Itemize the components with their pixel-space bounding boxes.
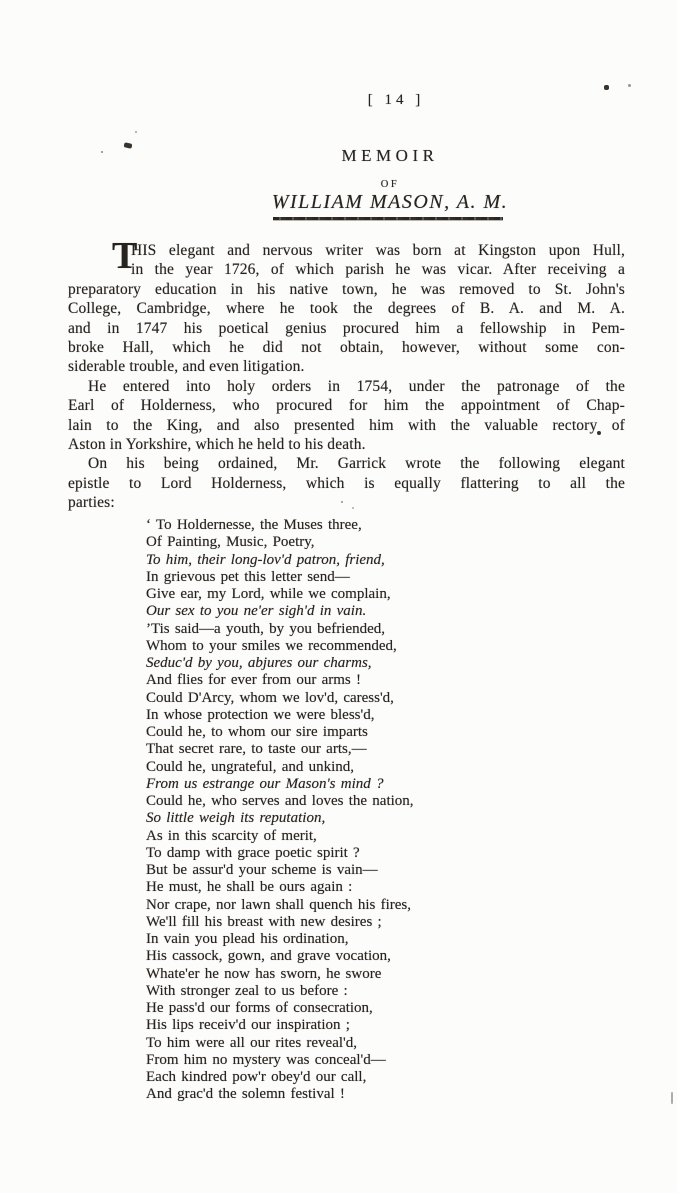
poem-line: Give ear, my Lord, while we complain,	[146, 586, 576, 603]
poem-line: In vain you plead his ordination,	[146, 931, 576, 948]
poem-line: And flies for ever from our arms !	[146, 672, 576, 689]
paragraph-lines: HIS elegant and nervous writer was born …	[68, 241, 625, 377]
poem-line: Seduc'd by you, abjures our charms,	[146, 655, 576, 672]
scan-speck	[628, 84, 631, 87]
poem-line: Whom to your smiles we recommended,	[146, 638, 576, 655]
text-line: epistle to Lord Holderness, which is equ…	[68, 474, 625, 493]
text-line: HIS elegant and nervous writer was born …	[68, 241, 625, 260]
text-line: preparatory education in his native town…	[68, 280, 625, 299]
drop-cap: T	[112, 238, 138, 274]
memoir-body: T HIS elegant and nervous writer was bor…	[68, 241, 625, 513]
poem-line: To him, their long-lov'd patron, friend,	[146, 552, 576, 569]
poem-line: That secret rare, to taste our arts,—	[146, 741, 576, 758]
memoir-title: MEMOIR	[160, 146, 620, 166]
text-line: in the year 1726, of which parish he was…	[68, 260, 625, 279]
title-rule	[273, 217, 503, 220]
poem-line: He must, he shall be ours again :	[146, 879, 576, 896]
paragraph-lines: On his being ordained, Mr. Garrick wrote…	[68, 454, 625, 512]
poem-line: ‘ To Holdernesse, the Muses three,	[146, 517, 576, 534]
poem-line: To damp with grace poetic spirit ?	[146, 845, 576, 862]
poem-line: From him no mystery was conceal'd—	[146, 1052, 576, 1069]
page-number: [ 14 ]	[346, 92, 446, 109]
poem-line: Of Painting, Music, Poetry,	[146, 534, 576, 551]
scanned-book-page: [ 14 ] MEMOIR OF WILLIAM MASON, A. M. T …	[0, 0, 677, 1193]
text-line: College, Cambridge, where he took the de…	[68, 299, 625, 318]
text-line: Aston in Yorkshire, which he held to his…	[68, 435, 625, 454]
poem-line: But be assur'd your scheme is vain—	[146, 862, 576, 879]
poem-line: We'll fill his breast with new desires ;	[146, 914, 576, 931]
text-line: He entered into holy orders in 1754, und…	[68, 377, 625, 396]
poem-line: Could D'Arcy, whom we lov'd, caress'd,	[146, 690, 576, 707]
text-line: On his being ordained, Mr. Garrick wrote…	[68, 454, 625, 473]
text-line: Earl of Holderness, who procured for him…	[68, 396, 625, 415]
poem-line: His lips receiv'd our inspiration ;	[146, 1017, 576, 1034]
paragraph-holy-orders: He entered into holy orders in 1754, und…	[68, 377, 625, 455]
text-line: siderable trouble, and even litigation.	[68, 357, 625, 376]
poem-line: He pass'd our forms of consecration,	[146, 1000, 576, 1017]
paragraph-lines: He entered into holy orders in 1754, und…	[68, 377, 625, 455]
scan-speck	[352, 507, 354, 509]
poem-line: To him were all our rites reveal'd,	[146, 1035, 576, 1052]
poem-line: ’Tis said—a youth, by you befriended,	[146, 621, 576, 638]
poem-line: As in this scarcity of merit,	[146, 828, 576, 845]
scan-speck	[124, 142, 133, 149]
text-line: broke Hall, which he did not obtain, how…	[68, 338, 625, 357]
scan-speck	[341, 501, 343, 503]
poem-line: From us estrange our Mason's mind ?	[146, 776, 576, 793]
scan-speck	[135, 131, 137, 133]
poem-line: Could he, ungrateful, and unkind,	[146, 759, 576, 776]
memoir-of-label: OF	[160, 179, 620, 190]
poem-line: Our sex to you ne'er sigh'd in vain.	[146, 603, 576, 620]
poem-line: So little weigh its reputation,	[146, 810, 576, 827]
memoir-subject-title: WILLIAM MASON, A. M.	[160, 191, 620, 214]
paragraph-birth-education: T HIS elegant and nervous writer was bor…	[68, 241, 625, 377]
text-line: and in 1747 his poetical genius procured…	[68, 319, 625, 338]
poem-line: In grievous pet this letter send—	[146, 569, 576, 586]
poem-line: Could he, who serves and loves the natio…	[146, 793, 576, 810]
text-line: lain to the King, and also presented him…	[68, 416, 625, 435]
paragraph-garrick-intro: On his being ordained, Mr. Garrick wrote…	[68, 454, 625, 512]
scan-speck	[597, 431, 601, 435]
garrick-epistle-poem: ‘ To Holdernesse, the Muses three,Of Pai…	[146, 517, 576, 1104]
poem-line: His cassock, gown, and grave vocation,	[146, 948, 576, 965]
poem-line: In whose protection we were bless'd,	[146, 707, 576, 724]
scan-speck	[101, 151, 103, 153]
poem-line: Each kindred pow'r obey'd our call,	[146, 1069, 576, 1086]
poem-line: With stronger zeal to us before :	[146, 983, 576, 1000]
poem-line: And grac'd the solemn festival !	[146, 1086, 576, 1103]
poem-line: Whate'er he now has sworn, he swore	[146, 966, 576, 983]
poem-line: Nor crape, nor lawn shall quench his fir…	[146, 897, 576, 914]
scan-speck	[671, 1092, 673, 1104]
poem-line: Could he, to whom our sire imparts	[146, 724, 576, 741]
text-line: parties:	[68, 493, 625, 512]
scan-speck	[604, 85, 609, 90]
